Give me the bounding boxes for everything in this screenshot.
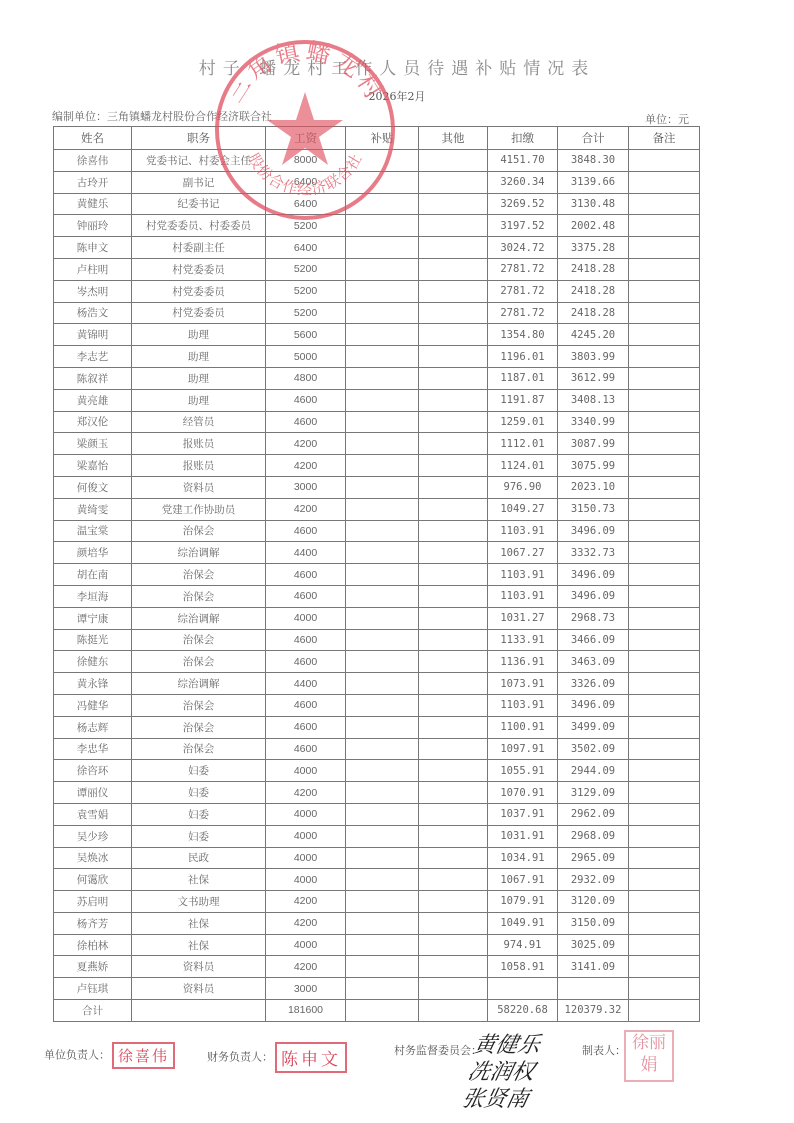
cell-total: 2023.10 <box>558 476 629 498</box>
cell-salary: 4600 <box>266 629 346 651</box>
cell-total <box>558 978 629 1000</box>
cell-post: 综治调解 <box>132 673 266 695</box>
table-row: 胡在南治保会46001103.913496.09 <box>54 564 700 586</box>
cell-note <box>629 455 700 477</box>
cell-total: 2944.09 <box>558 760 629 782</box>
column-header: 职务 <box>132 127 266 150</box>
compiling-unit: 编制单位：三角镇蟠龙村股份合作经济联合社 <box>52 108 272 124</box>
total-salary: 181600 <box>266 1000 346 1022</box>
cell-note <box>629 760 700 782</box>
cell-name: 李志艺 <box>54 346 132 368</box>
cell-salary: 5200 <box>266 215 346 237</box>
cell-name: 袁雪娟 <box>54 803 132 825</box>
cell-note <box>629 280 700 302</box>
cell-note <box>629 258 700 280</box>
table-row: 卢钰琪资料员3000 <box>54 978 700 1000</box>
cell-name: 胡在南 <box>54 564 132 586</box>
cell-note <box>629 193 700 215</box>
cell-other <box>419 324 488 346</box>
cell-deduction: 1136.91 <box>488 651 558 673</box>
cell-name: 何俊文 <box>54 476 132 498</box>
cell-note <box>629 847 700 869</box>
cell-total: 3075.99 <box>558 455 629 477</box>
cell-subsidy <box>346 934 419 956</box>
cell-deduction: 1196.01 <box>488 346 558 368</box>
cell-salary: 4400 <box>266 542 346 564</box>
cell-deduction: 1067.27 <box>488 542 558 564</box>
cell-subsidy <box>346 782 419 804</box>
finance-head-stamp: 陈申文 <box>275 1042 347 1073</box>
cell-other <box>419 476 488 498</box>
cell-note <box>629 891 700 913</box>
cell-subsidy <box>346 694 419 716</box>
cell-note <box>629 782 700 804</box>
cell-deduction: 3024.72 <box>488 237 558 259</box>
cell-subsidy <box>346 193 419 215</box>
cell-salary: 4200 <box>266 782 346 804</box>
cell-subsidy <box>346 803 419 825</box>
cell-post: 妇委 <box>132 803 266 825</box>
cell-salary: 4600 <box>266 389 346 411</box>
currency-unit: 单位：元 <box>645 111 689 127</box>
preparer-seal: 徐丽娟 <box>624 1030 674 1082</box>
cell-note <box>629 237 700 259</box>
cell-name: 陈挺光 <box>54 629 132 651</box>
cell-salary: 6400 <box>266 193 346 215</box>
cell-salary: 4200 <box>266 433 346 455</box>
cell-post: 社保 <box>132 912 266 934</box>
cell-total: 2965.09 <box>558 847 629 869</box>
table-header-row: 姓名职务工资补贴其他扣缴合计备注 <box>54 127 700 150</box>
cell-salary: 4600 <box>266 520 346 542</box>
cell-total: 2968.09 <box>558 825 629 847</box>
cell-name: 颜培华 <box>54 542 132 564</box>
cell-name: 吴焕冰 <box>54 847 132 869</box>
compiling-unit-label: 编制单位： <box>52 110 107 123</box>
cell-salary: 4400 <box>266 673 346 695</box>
cell-name: 卢钰琪 <box>54 978 132 1000</box>
cell-other <box>419 934 488 956</box>
cell-note <box>629 934 700 956</box>
cell-other <box>419 782 488 804</box>
cell-total: 2968.73 <box>558 607 629 629</box>
cell-post: 社保 <box>132 869 266 891</box>
cell-other <box>419 237 488 259</box>
cell-post: 民政 <box>132 847 266 869</box>
cell-total: 3375.28 <box>558 237 629 259</box>
cell-other <box>419 411 488 433</box>
cell-total: 3025.09 <box>558 934 629 956</box>
cell-note <box>629 738 700 760</box>
cell-deduction <box>488 978 558 1000</box>
cell-deduction: 1187.01 <box>488 367 558 389</box>
cell-subsidy <box>346 629 419 651</box>
table-row: 苏启明文书助理42001079.913120.09 <box>54 891 700 913</box>
cell-deduction: 2781.72 <box>488 280 558 302</box>
cell-total: 3150.73 <box>558 498 629 520</box>
cell-deduction: 976.90 <box>488 476 558 498</box>
finance-head-field: 财务负责人：陈申文 <box>207 1042 347 1073</box>
total-note <box>629 1000 700 1022</box>
table-row: 徐柏林社保4000974.913025.09 <box>54 934 700 956</box>
column-header: 合计 <box>558 127 629 150</box>
cell-name: 古玲开 <box>54 171 132 193</box>
cell-salary: 4200 <box>266 956 346 978</box>
cell-post: 资料员 <box>132 956 266 978</box>
cell-note <box>629 607 700 629</box>
cell-note <box>629 956 700 978</box>
cell-deduction: 1079.91 <box>488 891 558 913</box>
cell-note <box>629 324 700 346</box>
cell-name: 钟丽玲 <box>54 215 132 237</box>
cell-other <box>419 847 488 869</box>
cell-note <box>629 389 700 411</box>
table-row: 徐喜伟党委书记、村委会主任80004151.703848.30 <box>54 150 700 172</box>
cell-deduction: 1034.91 <box>488 847 558 869</box>
cell-note <box>629 694 700 716</box>
table-body: 徐喜伟党委书记、村委会主任80004151.703848.30古玲开副书记640… <box>54 150 700 1022</box>
column-header: 备注 <box>629 127 700 150</box>
table-row: 吴焕冰民政40001034.912965.09 <box>54 847 700 869</box>
cell-name: 温宝棠 <box>54 520 132 542</box>
cell-subsidy <box>346 498 419 520</box>
cell-post: 综治调解 <box>132 607 266 629</box>
totals-row: 合计18160058220.68120379.32 <box>54 1000 700 1022</box>
table-row: 徐咨环妇委40001055.912944.09 <box>54 760 700 782</box>
cell-total: 3129.09 <box>558 782 629 804</box>
cell-total: 3803.99 <box>558 346 629 368</box>
cell-post: 治保会 <box>132 585 266 607</box>
cell-salary: 4600 <box>266 585 346 607</box>
signature: 冼润权 <box>465 1059 541 1086</box>
cell-deduction: 2781.72 <box>488 302 558 324</box>
cell-note <box>629 520 700 542</box>
cell-subsidy <box>346 258 419 280</box>
cell-salary: 4000 <box>266 869 346 891</box>
cell-other <box>419 433 488 455</box>
cell-deduction: 1037.91 <box>488 803 558 825</box>
cell-other <box>419 455 488 477</box>
table-row: 何俊文资料员3000976.902023.10 <box>54 476 700 498</box>
cell-name: 徐喜伟 <box>54 150 132 172</box>
cell-other <box>419 150 488 172</box>
cell-deduction: 1112.01 <box>488 433 558 455</box>
cell-subsidy <box>346 280 419 302</box>
cell-salary: 4000 <box>266 825 346 847</box>
unit-head-label: 单位负责人： <box>44 1049 110 1062</box>
cell-subsidy <box>346 956 419 978</box>
supervision-label: 村务监督委员会： <box>394 1042 482 1058</box>
cell-other <box>419 498 488 520</box>
cell-note <box>629 651 700 673</box>
cell-subsidy <box>346 150 419 172</box>
table-row: 颜培华综治调解44001067.273332.73 <box>54 542 700 564</box>
cell-note <box>629 673 700 695</box>
cell-subsidy <box>346 585 419 607</box>
column-header: 补贴 <box>346 127 419 150</box>
cell-total: 3332.73 <box>558 542 629 564</box>
table-row: 古玲开副书记64003260.343139.66 <box>54 171 700 193</box>
cell-salary: 4000 <box>266 934 346 956</box>
compiling-unit-name: 三角镇蟠龙村股份合作经济联合社 <box>107 110 272 123</box>
cell-deduction: 1100.91 <box>488 716 558 738</box>
cell-subsidy <box>346 389 419 411</box>
cell-post: 助理 <box>132 324 266 346</box>
cell-name: 李垣海 <box>54 585 132 607</box>
cell-note <box>629 629 700 651</box>
cell-name: 黄锦明 <box>54 324 132 346</box>
cell-other <box>419 367 488 389</box>
cell-other <box>419 389 488 411</box>
cell-note <box>629 171 700 193</box>
cell-post: 治保会 <box>132 651 266 673</box>
cell-total: 3408.13 <box>558 389 629 411</box>
table-row: 杨志辉治保会46001100.913499.09 <box>54 716 700 738</box>
cell-subsidy <box>346 912 419 934</box>
cell-total: 3499.09 <box>558 716 629 738</box>
cell-salary: 6400 <box>266 171 346 193</box>
cell-post: 综治调解 <box>132 542 266 564</box>
cell-total: 3326.09 <box>558 673 629 695</box>
cell-total: 2418.28 <box>558 258 629 280</box>
cell-other <box>419 869 488 891</box>
cell-name: 陈叙祥 <box>54 367 132 389</box>
cell-other <box>419 193 488 215</box>
table-row: 杨齐芳社保42001049.913150.09 <box>54 912 700 934</box>
cell-salary: 6400 <box>266 237 346 259</box>
cell-note <box>629 912 700 934</box>
table-row: 谭宁康综治调解40001031.272968.73 <box>54 607 700 629</box>
preparer-label: 制表人： <box>582 1042 626 1058</box>
table-row: 岑杰明村党委委员52002781.722418.28 <box>54 280 700 302</box>
table-row: 陈挺光治保会46001133.913466.09 <box>54 629 700 651</box>
table-row: 黄健乐纪委书记64003269.523130.48 <box>54 193 700 215</box>
cell-subsidy <box>346 564 419 586</box>
cell-note <box>629 433 700 455</box>
column-header: 姓名 <box>54 127 132 150</box>
unit-head-stamp: 徐喜伟 <box>112 1042 175 1069</box>
cell-deduction: 1259.01 <box>488 411 558 433</box>
cell-subsidy <box>346 760 419 782</box>
cell-total: 3130.48 <box>558 193 629 215</box>
cell-salary: 5600 <box>266 324 346 346</box>
cell-name: 黄亮雄 <box>54 389 132 411</box>
unit-head-field: 单位负责人：徐喜伟 <box>44 1042 175 1069</box>
cell-subsidy <box>346 978 419 1000</box>
cell-deduction: 1103.91 <box>488 520 558 542</box>
cell-note <box>629 367 700 389</box>
cell-name: 吴少珍 <box>54 825 132 847</box>
cell-name: 何霭欣 <box>54 869 132 891</box>
cell-name: 徐健东 <box>54 651 132 673</box>
table-row: 黄绮雯党建工作协助员42001049.273150.73 <box>54 498 700 520</box>
cell-subsidy <box>346 346 419 368</box>
cell-subsidy <box>346 215 419 237</box>
cell-total: 3087.99 <box>558 433 629 455</box>
cell-salary: 4600 <box>266 411 346 433</box>
cell-subsidy <box>346 520 419 542</box>
cell-salary: 4200 <box>266 498 346 520</box>
cell-subsidy <box>346 869 419 891</box>
cell-post: 报账员 <box>132 455 266 477</box>
signature: 张贤南 <box>459 1086 535 1113</box>
cell-post: 妇委 <box>132 782 266 804</box>
cell-name: 黄绮雯 <box>54 498 132 520</box>
table-row: 徐健东治保会46001136.913463.09 <box>54 651 700 673</box>
table-row: 郑汉伦经管员46001259.013340.99 <box>54 411 700 433</box>
cell-post: 党建工作协助员 <box>132 498 266 520</box>
cell-deduction: 1031.91 <box>488 825 558 847</box>
cell-other <box>419 825 488 847</box>
cell-post: 村委副主任 <box>132 237 266 259</box>
cell-total: 3496.09 <box>558 585 629 607</box>
cell-total: 2002.48 <box>558 215 629 237</box>
cell-name: 杨齐芳 <box>54 912 132 934</box>
cell-subsidy <box>346 673 419 695</box>
cell-salary: 5200 <box>266 302 346 324</box>
cell-note <box>629 564 700 586</box>
cell-salary: 5200 <box>266 258 346 280</box>
cell-deduction: 1067.91 <box>488 869 558 891</box>
cell-name: 杨志辉 <box>54 716 132 738</box>
cell-salary: 4600 <box>266 716 346 738</box>
cell-salary: 5200 <box>266 280 346 302</box>
cell-note <box>629 716 700 738</box>
cell-name: 苏启明 <box>54 891 132 913</box>
cell-other <box>419 564 488 586</box>
cell-subsidy <box>346 367 419 389</box>
table-row: 李垣海治保会46001103.913496.09 <box>54 585 700 607</box>
table-row: 陈申文村委副主任64003024.723375.28 <box>54 237 700 259</box>
cell-post: 治保会 <box>132 716 266 738</box>
cell-other <box>419 716 488 738</box>
cell-name: 李忠华 <box>54 738 132 760</box>
cell-post: 助理 <box>132 346 266 368</box>
cell-post: 经管员 <box>132 411 266 433</box>
cell-other <box>419 673 488 695</box>
table-row: 黄亮雄助理46001191.873408.13 <box>54 389 700 411</box>
cell-total: 2962.09 <box>558 803 629 825</box>
cell-other <box>419 215 488 237</box>
table-row: 梁颜玉报账员42001112.013087.99 <box>54 433 700 455</box>
table-row: 夏燕娇资料员42001058.913141.09 <box>54 956 700 978</box>
column-header: 其他 <box>419 127 488 150</box>
signature: 黄健乐 <box>471 1032 547 1059</box>
cell-post: 党委书记、村委会主任 <box>132 150 266 172</box>
cell-post: 文书助理 <box>132 891 266 913</box>
cell-post: 治保会 <box>132 564 266 586</box>
cell-name: 梁嘉怡 <box>54 455 132 477</box>
cell-salary: 4000 <box>266 803 346 825</box>
cell-subsidy <box>346 651 419 673</box>
cell-name: 陈申文 <box>54 237 132 259</box>
cell-post: 村党委委员、村委委员 <box>132 215 266 237</box>
cell-salary: 4200 <box>266 912 346 934</box>
cell-other <box>419 738 488 760</box>
cell-deduction: 1103.91 <box>488 585 558 607</box>
table-row: 黄永锋综治调解44001073.913326.09 <box>54 673 700 695</box>
table-row: 李忠华治保会46001097.913502.09 <box>54 738 700 760</box>
cell-total: 4245.20 <box>558 324 629 346</box>
cell-deduction: 1103.91 <box>488 564 558 586</box>
cell-subsidy <box>346 542 419 564</box>
cell-name: 黄永锋 <box>54 673 132 695</box>
cell-name: 黄健乐 <box>54 193 132 215</box>
cell-total: 3463.09 <box>558 651 629 673</box>
cell-total: 3139.66 <box>558 171 629 193</box>
cell-name: 岑杰明 <box>54 280 132 302</box>
cell-salary: 4000 <box>266 760 346 782</box>
column-header: 扣缴 <box>488 127 558 150</box>
table-row: 谭丽仪妇委42001070.913129.09 <box>54 782 700 804</box>
table-row: 梁嘉怡报账员42001124.013075.99 <box>54 455 700 477</box>
cell-total: 3502.09 <box>558 738 629 760</box>
cell-other <box>419 607 488 629</box>
finance-head-label: 财务负责人： <box>207 1051 273 1064</box>
cell-post: 村党委委员 <box>132 302 266 324</box>
cell-name: 杨浩文 <box>54 302 132 324</box>
cell-total: 3120.09 <box>558 891 629 913</box>
cell-post: 助理 <box>132 389 266 411</box>
cell-deduction: 1049.91 <box>488 912 558 934</box>
cell-total: 3340.99 <box>558 411 629 433</box>
total-label: 合计 <box>54 1000 132 1022</box>
table-row: 卢柱明村党委委员52002781.722418.28 <box>54 258 700 280</box>
cell-note <box>629 498 700 520</box>
cell-post: 治保会 <box>132 629 266 651</box>
table-row: 袁雪娟妇委40001037.912962.09 <box>54 803 700 825</box>
cell-deduction: 3260.34 <box>488 171 558 193</box>
cell-note <box>629 803 700 825</box>
table-row: 冯健华治保会46001103.913496.09 <box>54 694 700 716</box>
cell-note <box>629 411 700 433</box>
cell-post: 纪委书记 <box>132 193 266 215</box>
cell-post: 村党委委员 <box>132 280 266 302</box>
cell-other <box>419 171 488 193</box>
cell-other <box>419 280 488 302</box>
cell-total: 3141.09 <box>558 956 629 978</box>
cell-total: 3496.09 <box>558 520 629 542</box>
cell-name: 冯健华 <box>54 694 132 716</box>
cell-other <box>419 803 488 825</box>
table-row: 吴少珍妇委40001031.912968.09 <box>54 825 700 847</box>
cell-other <box>419 978 488 1000</box>
cell-other <box>419 346 488 368</box>
column-header: 工资 <box>266 127 346 150</box>
cell-total: 3496.09 <box>558 564 629 586</box>
cell-note <box>629 302 700 324</box>
cell-subsidy <box>346 738 419 760</box>
cell-total: 3466.09 <box>558 629 629 651</box>
cell-total: 2932.09 <box>558 869 629 891</box>
table-row: 温宝棠治保会46001103.913496.09 <box>54 520 700 542</box>
total-total: 120379.32 <box>558 1000 629 1022</box>
cell-other <box>419 651 488 673</box>
cell-salary: 4200 <box>266 455 346 477</box>
cell-deduction: 1073.91 <box>488 673 558 695</box>
cell-subsidy <box>346 607 419 629</box>
cell-post: 资料员 <box>132 978 266 1000</box>
table-row: 何霭欣社保40001067.912932.09 <box>54 869 700 891</box>
cell-name: 梁颜玉 <box>54 433 132 455</box>
table-row: 李志艺助理50001196.013803.99 <box>54 346 700 368</box>
cell-post: 治保会 <box>132 694 266 716</box>
cell-note <box>629 978 700 1000</box>
cell-post: 报账员 <box>132 433 266 455</box>
cell-subsidy <box>346 455 419 477</box>
cell-post: 村党委委员 <box>132 258 266 280</box>
total-deduction: 58220.68 <box>488 1000 558 1022</box>
